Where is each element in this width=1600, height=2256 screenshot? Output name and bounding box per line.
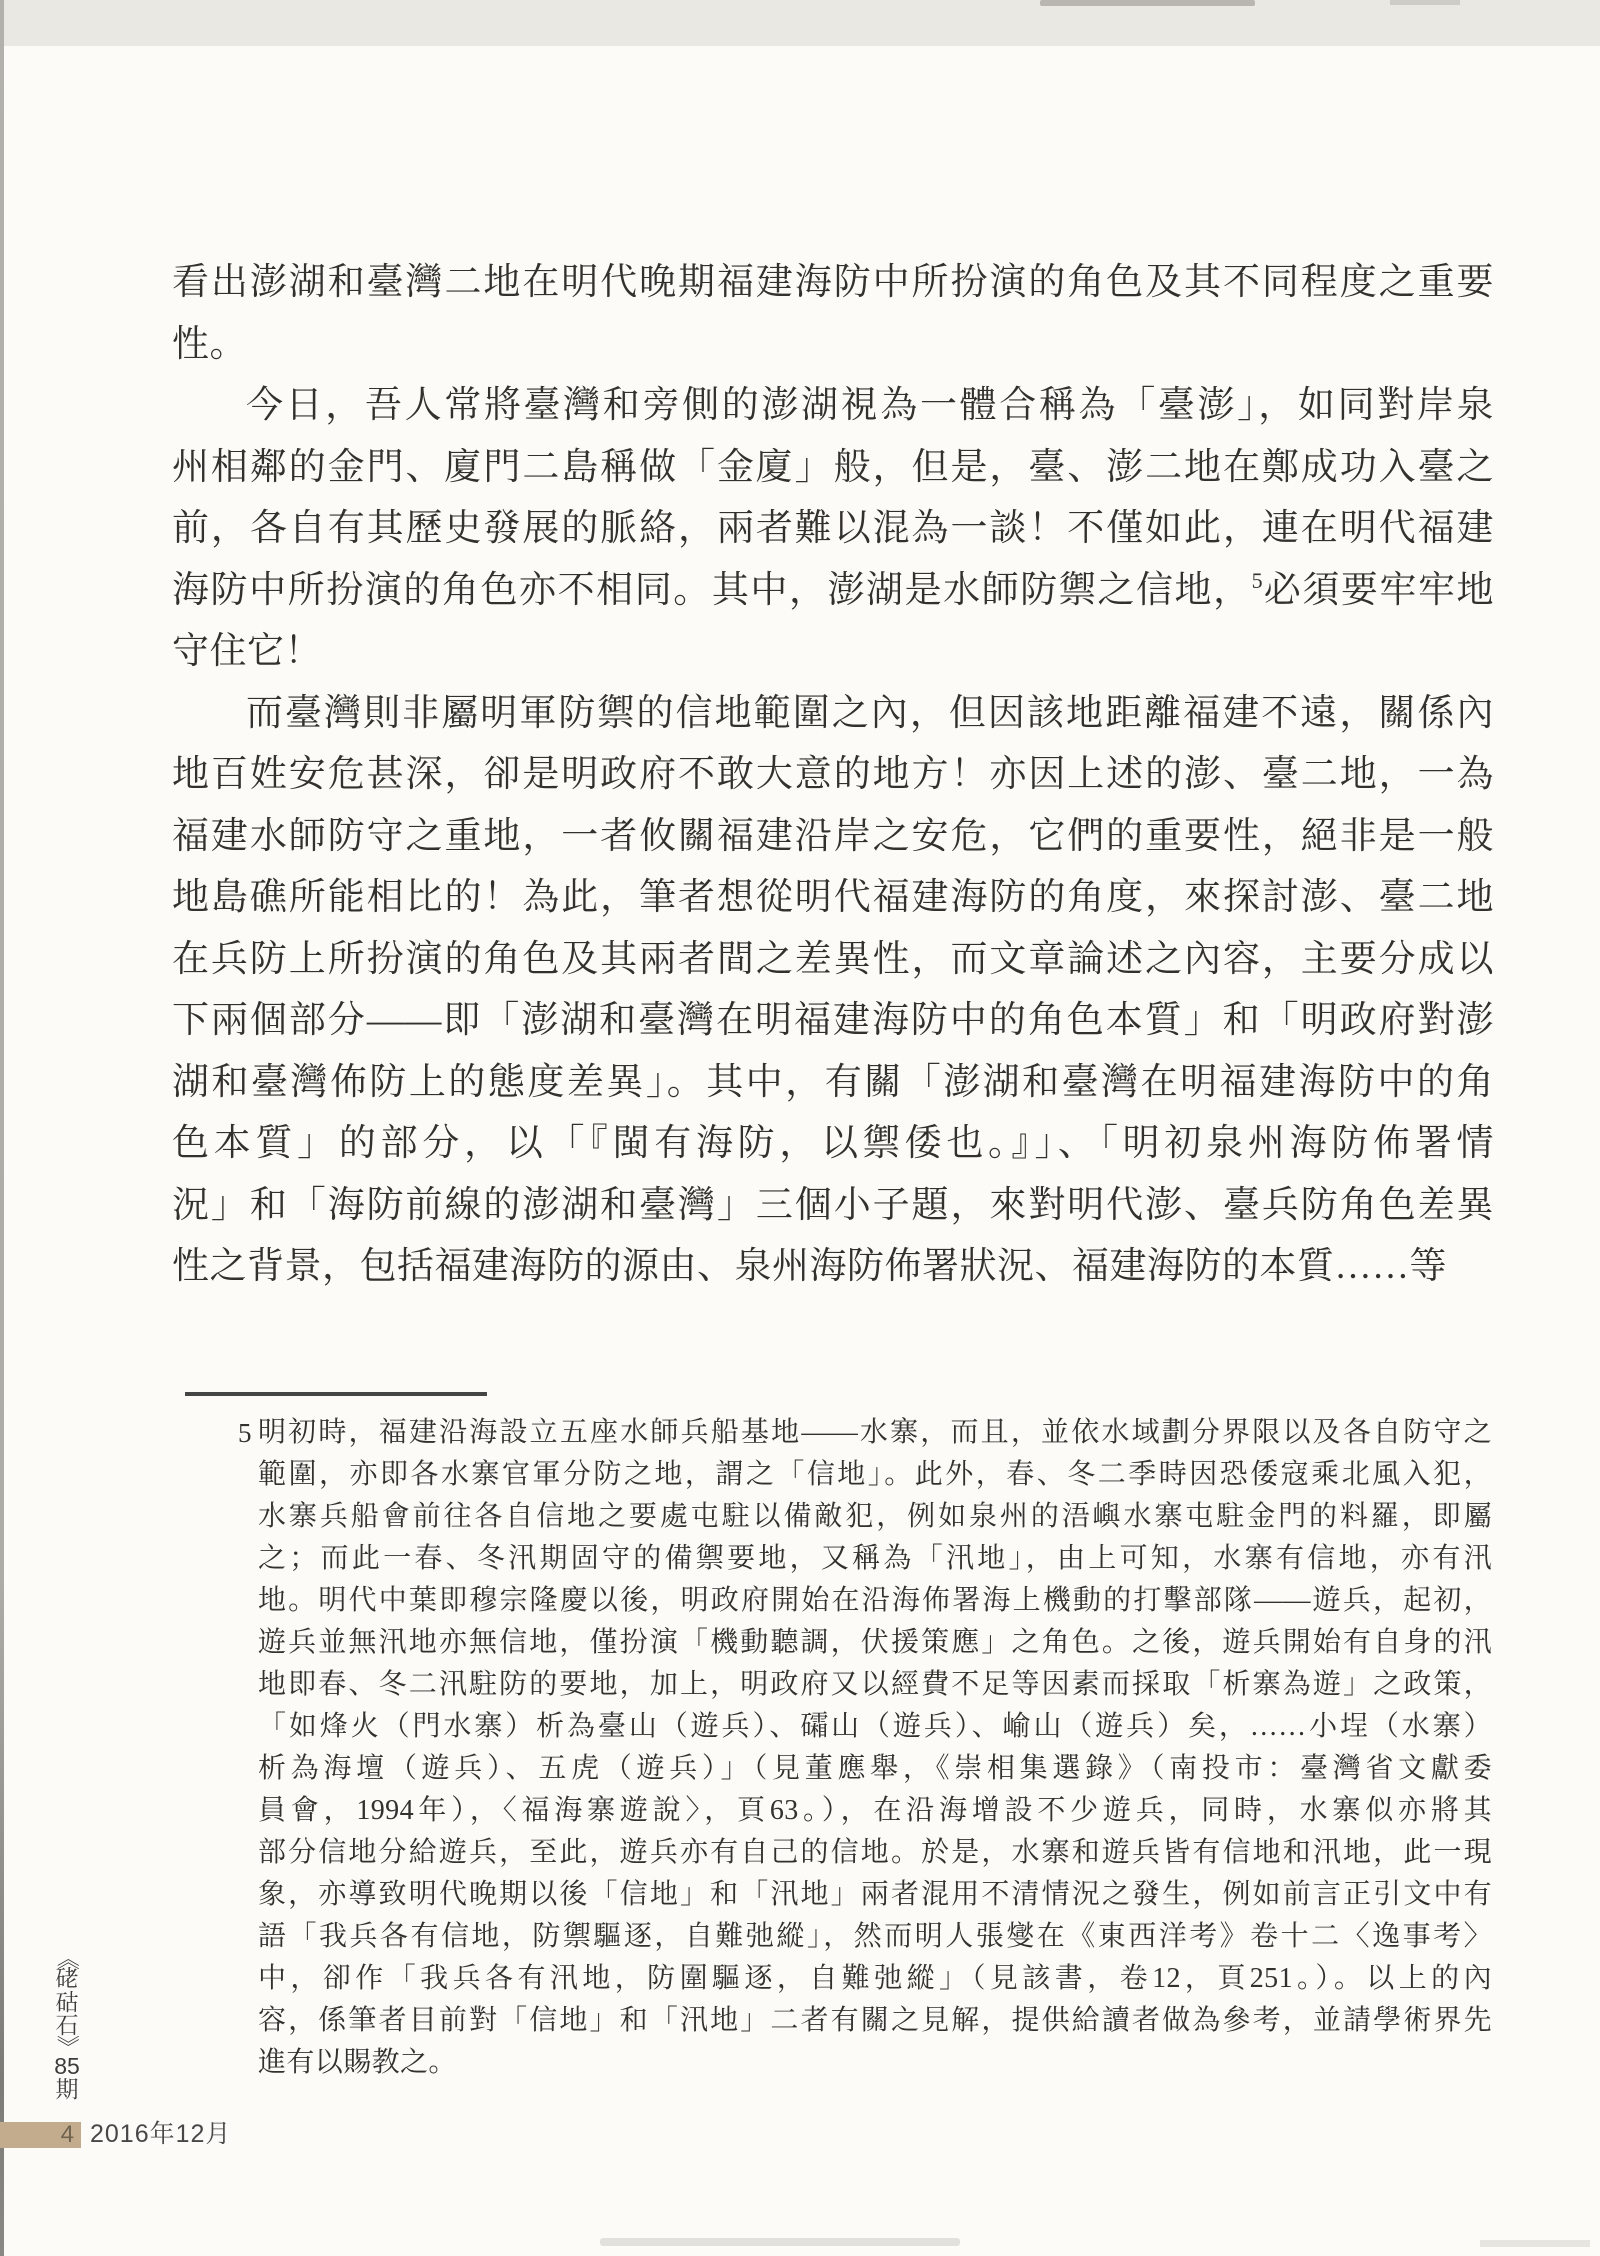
footnote-line: 析為海壇（遊兵）、五虎（遊兵）」（見董應舉，《崇相集選錄》（南投市：臺灣省文獻委 <box>258 1748 1492 1790</box>
footnote-line: 地即春、冬二汛駐防的要地，加上，明政府又以經費不足等因素而採取「析寨為遊」之政策… <box>258 1664 1492 1706</box>
body-line-pre: 海防中所扮演的角色亦不相同。其中，澎湖是水師防禦之信地， <box>172 570 1252 611</box>
footnote: 5明初時，福建沿海設立五座水師兵船基地——水寨，而且，並依水域劃分界限以及各自防… <box>258 1412 1492 2084</box>
footnote-line: 象，亦導致明代晚期以後「信地」和「汛地」兩者混用不清情況之發生，例如前言正引文中… <box>258 1874 1492 1916</box>
scanned-journal-page: { "colors": { "paper": "#fcfbf8", "text"… <box>0 0 1600 2256</box>
body-line-post: 必須要牢牢地 <box>1263 570 1494 611</box>
body-line: 地百姓安危甚深，卻是明政府不敢大意的地方！亦因上述的澎、臺二地，一為 <box>172 744 1494 806</box>
scan-smudge-bottom-2 <box>1480 2240 1590 2247</box>
spine-char: 期 <box>56 2078 79 2102</box>
top-scan-band <box>0 0 1600 46</box>
footnote-line: 之；而此一春、冬汛期固守的備禦要地，又稱為「汛地」，由上可知，水寨有信地，亦有汛 <box>258 1538 1492 1580</box>
footnote-line: 5明初時，福建沿海設立五座水師兵船基地——水寨，而且，並依水域劃分界限以及各自防… <box>258 1412 1492 1454</box>
footnote-line: 範圍，亦即各水寨官軍分防之地，謂之「信地」。此外，春、冬二季時因恐倭寇乘北風入犯… <box>258 1454 1492 1496</box>
body-line: 今日，吾人常將臺灣和旁側的澎湖視為一體合稱為「臺澎」，如同對岸泉 <box>172 375 1494 437</box>
footnote-line-text: 明初時，福建沿海設立五座水師兵船基地——水寨，而且，並依水域劃分界限以及各自防守… <box>258 1417 1492 1448</box>
spine-char: 》 <box>59 2035 76 2058</box>
spine-char: 𥑮 <box>56 1991 79 2015</box>
footnote-line: 容，係筆者目前對「信地」和「汛地」二者有關之見解，提供給讀者做為參考，並請學術界… <box>258 2000 1492 2042</box>
body-line: 性之背景，包括福建海防的源由、泉州海防佈署狀況、福建海防的本質……等 <box>172 1236 1494 1298</box>
scan-smudge-top <box>1040 0 1255 6</box>
spine-char: 《 <box>59 1947 76 1970</box>
footnote-line: 員會，1994年），〈福海寨遊說〉，頁63。），在沿海增設不少遊兵，同時，水寨似… <box>258 1790 1492 1832</box>
footnote-line: 進有以賜教之。 <box>258 2042 1492 2084</box>
body-line: 在兵防上所扮演的角色及其兩者間之差異性，而文章論述之內容，主要分成以 <box>172 929 1494 991</box>
body-line: 前，各自有其歷史發展的脈絡，兩者難以混為一談！不僅如此，連在明代福建 <box>172 498 1494 560</box>
footnote-marker: 5 <box>238 1412 252 1454</box>
scan-smudge-top-2 <box>1390 0 1460 5</box>
spine-char: 硓 <box>56 1967 79 1991</box>
body-line: 性。 <box>172 314 1494 376</box>
body-line: 守住它！ <box>172 621 1494 683</box>
footnote-line: 地。明代中葉即穆宗隆慶以後，明政府開始在沿海佈署海上機動的打擊部隊——遊兵，起初… <box>258 1580 1492 1622</box>
footnote-line: 部分信地分給遊兵，至此，遊兵亦有自己的信地。於是，水寨和遊兵皆有信地和汛地，此一… <box>258 1832 1492 1874</box>
footnote-line: 中，卻作「我兵各有汛地，防圍驅逐，自難弛縱」（見該書，卷12，頁251。）。以上… <box>258 1958 1492 2000</box>
footnote-ref-5: 5 <box>1252 568 1263 593</box>
body-line: 色本質」的部分，以「『閩有海防，以禦倭也。』」、「明初泉州海防佈署情 <box>172 1113 1494 1175</box>
body-line: 況」和「海防前線的澎湖和臺灣」三個小子題，來對明代澎、臺兵防角色差異 <box>172 1175 1494 1237</box>
body-text: 看出澎湖和臺灣二地在明代晚期福建海防中所扮演的角色及其不同程度之重要 性。 今日… <box>172 252 1494 1298</box>
footnote-separator <box>185 1392 487 1396</box>
body-line: 地島礁所能相比的！為此，筆者想從明代福建海防的角度，來探討澎、臺二地 <box>172 867 1494 929</box>
spine-issue-number: 85 <box>54 2055 80 2079</box>
body-line: 看出澎湖和臺灣二地在明代晚期福建海防中所扮演的角色及其不同程度之重要 <box>172 252 1494 314</box>
body-line: 下兩個部分——即「澎湖和臺灣在明福建海防中的角色本質」和「明政府對澎 <box>172 990 1494 1052</box>
footnote-line: 水寨兵船會前往各自信地之要處屯駐以備敵犯，例如泉州的浯嶼水寨屯駐金門的料羅，即屬 <box>258 1496 1492 1538</box>
body-line: 福建水師防守之重地，一者攸關福建沿岸之安危，它們的重要性，絕非是一般 <box>172 806 1494 868</box>
scan-smudge-bottom <box>600 2238 960 2246</box>
footnote-line: 遊兵並無汛地亦無信地，僅扮演「機動聽調，伏援策應」之角色。之後，遊兵開始有自身的… <box>258 1622 1492 1664</box>
page-number-bar: 4 <box>0 2122 81 2148</box>
journal-spine-label: 《 硓 𥑮 石 》 85 期 <box>50 1950 84 2102</box>
footnote-line: 語「我兵各有信地，防禦驅逐，自難弛縱」，然而明人張燮在《東西洋考》卷十二〈逸事考… <box>258 1916 1492 1958</box>
body-line-with-footnote-ref: 海防中所扮演的角色亦不相同。其中，澎湖是水師防禦之信地，5必須要牢牢地 <box>172 560 1494 622</box>
body-line: 而臺灣則非屬明軍防禦的信地範圍之內，但因該地距離福建不遠，關係內 <box>172 683 1494 745</box>
left-scan-edge <box>0 0 4 2256</box>
body-line: 州相鄰的金門、廈門二島稱做「金廈」般，但是，臺、澎二地在鄭成功入臺之 <box>172 437 1494 499</box>
spine-char: 石 <box>56 2014 79 2038</box>
page-number: 4 <box>61 2121 74 2148</box>
issue-date: 2016年12月 <box>90 2120 231 2148</box>
body-line: 湖和臺灣佈防上的態度差異」。其中，有關「澎湖和臺灣在明福建海防中的角 <box>172 1052 1494 1114</box>
footnote-line: 「如烽火（門水寨）析為臺山（遊兵）、礵山（遊兵）、崳山（遊兵）矣，……小埕（水寨… <box>258 1706 1492 1748</box>
